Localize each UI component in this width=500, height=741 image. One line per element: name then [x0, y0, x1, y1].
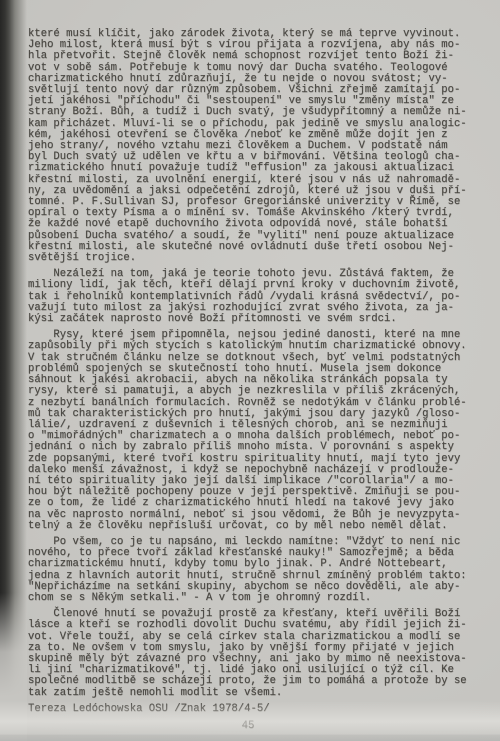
paragraph-5: Členové hnutí se považují prostě za křes… [28, 609, 480, 699]
scan-edge-shadow [0, 0, 27, 741]
page-curl-highlight [0, 701, 500, 735]
paragraph-4: Po všem, co je tu napsáno, mi leckdo nam… [28, 537, 480, 604]
scanned-document-page: které musí klíčit, jako zárodek života, … [0, 0, 500, 741]
paragraph-2: Nezáleží na tom, jaká je teorie tohoto j… [28, 269, 480, 325]
paragraph-1: které musí klíčit, jako zárodek života, … [28, 29, 480, 264]
paragraph-3: Rysy, které jsem připomněla, nejsou jedi… [28, 330, 480, 532]
page-content: které musí klíčit, jako zárodek života, … [28, 29, 480, 732]
scan-bottom-edge [0, 734, 500, 741]
